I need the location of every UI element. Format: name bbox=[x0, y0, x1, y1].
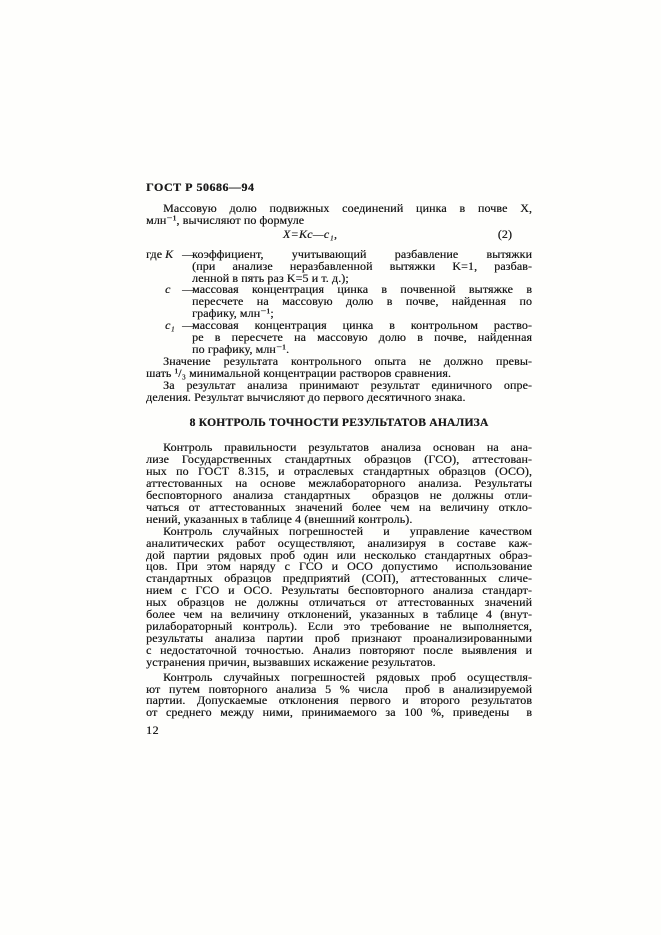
definition-text: массовая концентрация цинка в почвенной … bbox=[192, 284, 532, 320]
section-paragraph-repeat-analysis: Контроль случайных погрешностей рядовых … bbox=[146, 672, 532, 720]
formula-expression: X=Kc—c₁, bbox=[283, 227, 337, 241]
scanned-document-page: ГОСТ Р 50686—94 Массовую долю подвижных … bbox=[0, 0, 661, 935]
definition-symbol: c₁ bbox=[165, 320, 182, 356]
definition-dash: — bbox=[182, 284, 192, 320]
definition-prefix: где bbox=[146, 249, 165, 285]
section-paragraph-random-errors: Контроль случайных погрешностей и управл… bbox=[146, 526, 532, 669]
section-paragraph-accuracy-control: Контроль правильности результатов анализ… bbox=[146, 442, 532, 525]
text-line: от среднего между ними, принимаемого за … bbox=[146, 707, 532, 719]
definition-dash: — bbox=[182, 249, 192, 285]
definition-prefix bbox=[146, 284, 165, 320]
definition-text: массовая концентрация цинка в контрольно… bbox=[192, 320, 532, 356]
definition-symbol: K bbox=[165, 249, 182, 285]
text-line: млн⁻¹, вычисляют по формуле bbox=[146, 215, 532, 227]
definition-text: коэффициент, учитывающий разбавление выт… bbox=[192, 249, 532, 285]
intro-paragraph: Массовую долю подвижных соединений цинка… bbox=[146, 203, 532, 227]
equation-number: (2) bbox=[498, 229, 512, 241]
text-line: деления. Результат вычисляют до первого … bbox=[146, 392, 532, 404]
page-content: ГОСТ Р 50686—94 Массовую долю подвижных … bbox=[146, 182, 532, 719]
definition-dash: — bbox=[182, 320, 192, 356]
definition-item-K: где K — коэффициент, учитывающий разбавл… bbox=[146, 249, 532, 285]
definition-item-c1: c₁ — массовая концентрация цинка в контр… bbox=[146, 320, 532, 356]
definition-symbol: c bbox=[165, 284, 182, 320]
definition-prefix bbox=[146, 320, 165, 356]
paragraph-analysis-result: За результат анализа принимают результат… bbox=[146, 380, 532, 404]
definition-item-c: c — массовая концентрация цинка в почвен… bbox=[146, 284, 532, 320]
formula-row: X=Kc—c₁, (2) bbox=[146, 229, 532, 242]
section-heading: 8 КОНТРОЛЬ ТОЧНОСТИ РЕЗУЛЬТАТОВ АНАЛИЗА bbox=[146, 417, 532, 429]
paragraph-control-value: Значение результата контрольного опыта н… bbox=[146, 356, 532, 380]
text-line: устранения причин, вызвавших искажение р… bbox=[146, 657, 532, 669]
document-header-gost-number: ГОСТ Р 50686—94 bbox=[146, 182, 532, 194]
page-number: 12 bbox=[146, 723, 159, 738]
